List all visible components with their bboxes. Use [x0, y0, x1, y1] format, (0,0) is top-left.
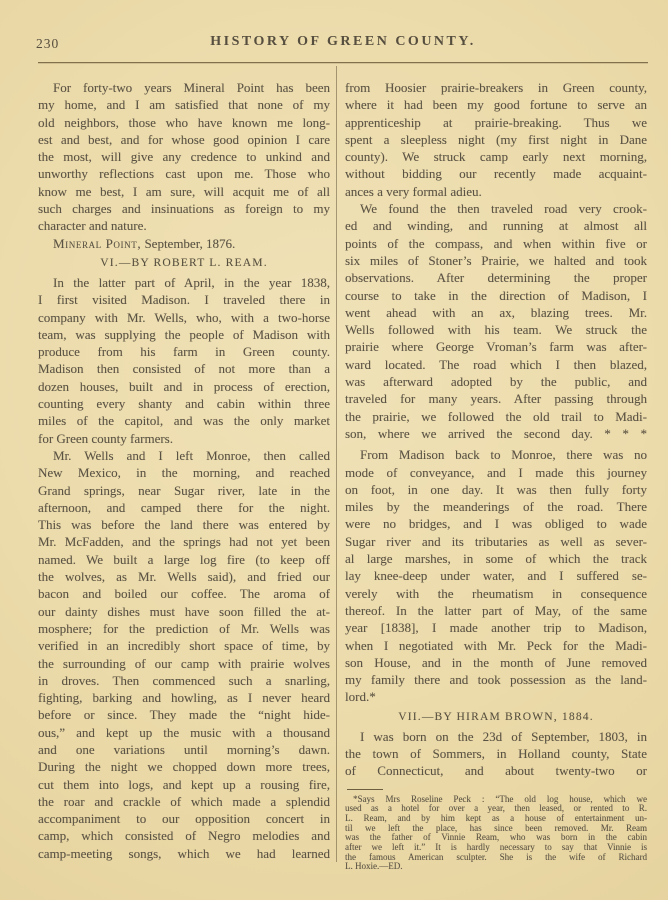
text-line: was the father of Vinnie Ream, who was b…: [345, 833, 647, 843]
text-line: miles by the meanderings of the road. Th…: [345, 498, 647, 515]
footnote: *Says Mrs Roseline Peck : “The old log h…: [345, 795, 647, 873]
text-line: the most, will give any credence to unki…: [38, 148, 330, 165]
text-line: were no bridges, and I was obliged to wa…: [345, 515, 647, 532]
text-line: miles of the capitol, and was the only m…: [38, 412, 330, 429]
book-page: 230 HISTORY OF GREEN COUNTY. For forty-t…: [0, 0, 668, 900]
text-line: old neighbors, those who have known me l…: [38, 114, 330, 131]
text-line: was afterward adopted by the public, and: [345, 373, 647, 390]
text-line: in droves. Then commenced such a snarlin…: [38, 672, 330, 689]
text-line: team, was supplying the people of Madiso…: [38, 326, 330, 343]
text-line: on foot, in one day. It was then fully f…: [345, 481, 647, 498]
text-line: when I negotiated with Mr. Peck for the …: [345, 637, 647, 654]
right-column-text: from Hoosier prairie-breakers in Green c…: [345, 79, 647, 780]
text-line: verely with the rheumatism in consequenc…: [345, 585, 647, 602]
text-line: cut them into logs, and kept up a rousin…: [38, 776, 330, 793]
text-line: bacon and boiled our coffee. The aroma o…: [38, 585, 330, 602]
text-line: traveled for many years. After passing t…: [345, 390, 647, 407]
text-line: observations. After determining the prop…: [345, 269, 647, 286]
text-line: Mr. McFadden, and the springs had not ye…: [38, 533, 330, 550]
text-line: for Green county farmers.: [38, 430, 330, 447]
text-line: the roar and crackle of which made a spl…: [38, 793, 330, 810]
text-line: This was before the land there was enter…: [38, 516, 330, 533]
text-line: where it had been my good fortune to ser…: [345, 96, 647, 113]
text-line: ous,” and kept up the music with a thous…: [38, 724, 330, 741]
text-line: unworthy reflections cast upon me. Those…: [38, 165, 330, 182]
text-line: lord.*: [345, 688, 647, 705]
text-line: company with Mr. Wells, who, with a two-…: [38, 309, 330, 326]
text-line: our dainty dishes must have soon filled …: [38, 603, 330, 620]
text-line: From Madison back to Monroe, there was n…: [345, 446, 647, 463]
text-line: and one variations until morning’s dawn.: [38, 741, 330, 758]
text-line: mode of conveyance, and I made this jour…: [345, 464, 647, 481]
text-line: L. Hoxie.—ED.: [345, 862, 647, 872]
text-line: ances a very formal adieu.: [345, 183, 647, 200]
text-line: fighting, barking and howling, as I neve…: [38, 689, 330, 706]
text-line: six miles of Stoner’s Prairie, we halted…: [345, 252, 647, 269]
text-line: til we left the place, has since been re…: [345, 824, 647, 834]
header-rule: [38, 62, 648, 63]
text-line: al large marshes, in some of which the t…: [345, 550, 647, 567]
text-line: the wolves, as Mr. Wells said), and frie…: [38, 568, 330, 585]
text-line: prairie where George Vroman’s farm was a…: [345, 338, 647, 355]
text-line: lay knee-deep under water, and I suffere…: [345, 567, 647, 584]
text-line: Mr. Wells and I left Monroe, then called: [38, 447, 330, 464]
text-line: my family there and took possession as t…: [345, 671, 647, 688]
running-head: HISTORY OF GREEN COUNTY.: [38, 34, 648, 50]
text-line: Sugar river and its tributaries as well …: [345, 533, 647, 550]
text-line: of Connecticut, and about twenty-two or: [345, 762, 647, 779]
text-line: year [1838], I made another trip to Madi…: [345, 619, 647, 636]
text-line: During the night we chopped down more tr…: [38, 758, 330, 775]
text-line: named. We built a large log fire (to kee…: [38, 551, 330, 568]
text-line: from Hoosier prairie-breakers in Green c…: [345, 79, 647, 96]
text-line: the famous American sculpter. She is the…: [345, 853, 647, 863]
text-line: the surrounding of our camp with prairie…: [38, 655, 330, 672]
section-heading: VII.—BY HIRAM BROWN, 1884.: [345, 708, 647, 727]
text-line: course to take in the direction of Madis…: [345, 287, 647, 304]
text-line: after we left it.” It is hardly necessar…: [345, 843, 647, 853]
text-line: Grand springs, near Sugar river, late in…: [38, 482, 330, 499]
text-line: verified in an incredibly short space of…: [38, 637, 330, 654]
text-line: such charges and insinuations as foreign…: [38, 200, 330, 217]
text-line: In the latter part of April, in the year…: [38, 274, 330, 291]
text-line: the prairie, we followed the old trail t…: [345, 408, 647, 425]
text-line: character and nature.: [38, 217, 330, 234]
text-line: mosphere; for the prediction of Mr. Well…: [38, 620, 330, 637]
text-line: spent a sleepless night (my first night …: [345, 131, 647, 148]
text-line: We found the then traveled road very cro…: [345, 200, 647, 217]
text-line: est and best, and for whose good opinion…: [38, 131, 330, 148]
text-line: Mineral Point, September, 1876.: [38, 235, 330, 252]
text-line: used as a hotel for over a year, then le…: [345, 804, 647, 814]
text-line: camp-meeting songs, which we had learned: [38, 845, 330, 862]
text-line: ed and winding, and running at almost al…: [345, 217, 647, 234]
column-divider: [336, 66, 337, 862]
small-caps-text: Mineral Point,: [53, 236, 141, 251]
text-line: I was born on the 23d of September, 1803…: [345, 728, 647, 745]
text-line: apprenticeship at prairie-breaking. Thus…: [345, 114, 647, 131]
text-line: thereof. In the latter part of May, of t…: [345, 602, 647, 619]
text-line: ward located. The road which I then blaz…: [345, 356, 647, 373]
section-heading: VI.—BY ROBERT L. REAM.: [38, 254, 330, 273]
text-line: know me best, I am sure, will acquit me …: [38, 183, 330, 200]
text-line: without bidding our recently made acquai…: [345, 165, 647, 182]
text-line: my home, and I am satisfied that none of…: [38, 96, 330, 113]
text-line: before or since. They made the “night hi…: [38, 706, 330, 723]
text-line: I first visited Madison. I traveled ther…: [38, 291, 330, 308]
text-line: Madison then consisted of not more than …: [38, 360, 330, 377]
text-line: the town of Sommers, in Holland county, …: [345, 745, 647, 762]
text-line: son House, and in the month of June remo…: [345, 654, 647, 671]
text-line: For forty-two years Mineral Point has be…: [38, 79, 330, 96]
text-line: son, where we arrived the second day. * …: [345, 425, 647, 442]
text-line: *Says Mrs Roseline Peck : “The old log h…: [345, 795, 647, 805]
footnote-rule: [347, 789, 383, 790]
text-line: Wells followed with his team. We struck …: [345, 321, 647, 338]
text-line: dozen houses, built and in process of er…: [38, 378, 330, 395]
text-line: camp, which consisted of Negro melodies …: [38, 827, 330, 844]
text-line: New Mexico, in the morning, and reached: [38, 464, 330, 481]
text-line: went ahead with an ax, blazing trees. Mr…: [345, 304, 647, 321]
text-line: county). We struck camp early next morni…: [345, 148, 647, 165]
text-line: produce from his farm in Green county.: [38, 343, 330, 360]
text-line: counting every shanty and cabin within t…: [38, 395, 330, 412]
right-column: from Hoosier prairie-breakers in Green c…: [345, 79, 647, 872]
text-line: points of the compass, and when within f…: [345, 235, 647, 252]
left-column: For forty-two years Mineral Point has be…: [38, 79, 330, 862]
text-line: accompaniment to our opposition concert …: [38, 810, 330, 827]
text-line: afternoon, and camped there for the nigh…: [38, 499, 330, 516]
text-line: L. Ream, and by him kept as a house of e…: [345, 814, 647, 824]
